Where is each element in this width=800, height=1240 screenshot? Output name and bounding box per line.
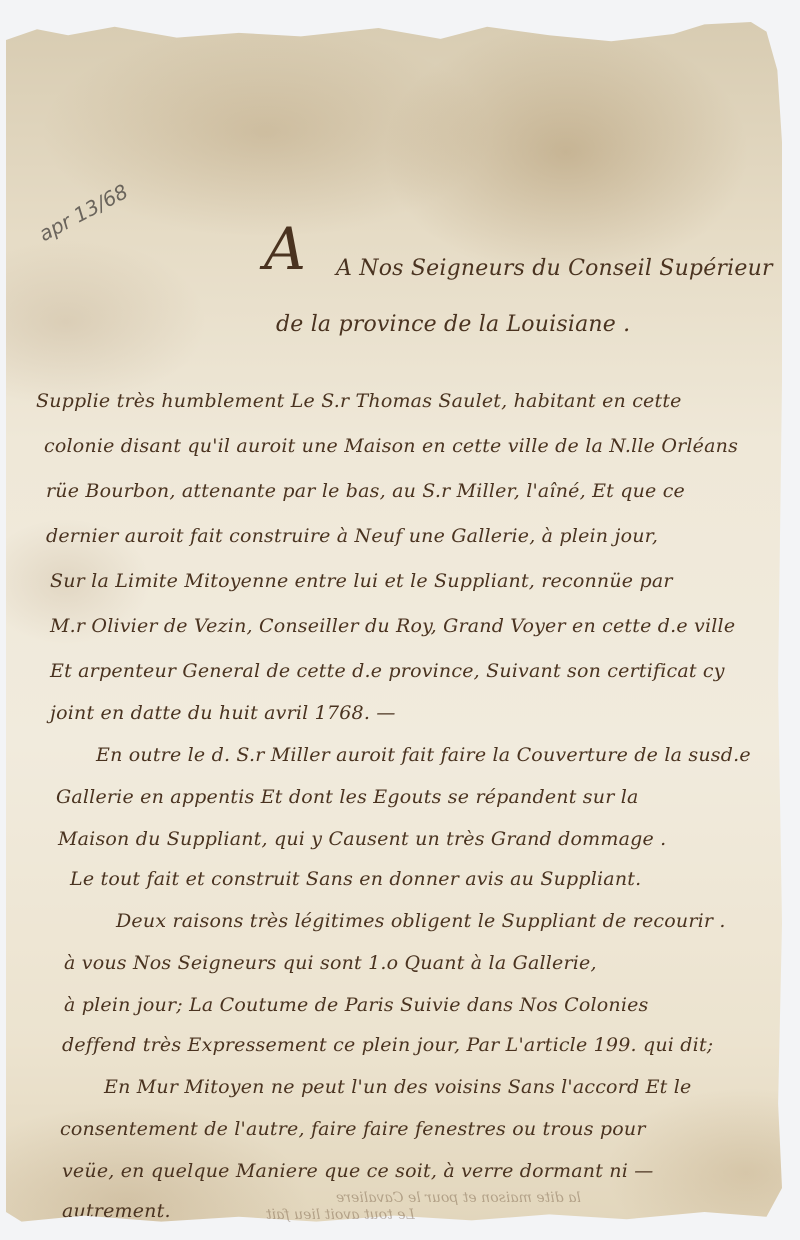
heading-line-1: A Nos Seigneurs du Conseil Supérieur [336,256,773,281]
manuscript-page: apr 13/68 A A Nos Seigneurs du Conseil S… [6,22,782,1224]
body-line: dernier auroit fait construire à Neuf un… [46,525,658,547]
body-line: Maison du Suppliant, qui y Causent un tr… [58,828,666,850]
body-line: Supplie très humblement Le S.r Thomas Sa… [36,390,682,412]
body-line: Le tout fait et construit Sans en donner… [70,868,641,890]
heading-line-2: de la province de la Louisiane . [276,312,630,337]
body-line: Deux raisons très légitimes obligent le … [116,910,726,932]
body-line: deffend très Expressement ce plein jour,… [62,1034,713,1056]
salutation-initial: A [264,220,306,278]
body-line: En Mur Mitoyen ne peut l'un des voisins … [104,1076,691,1098]
body-line: autrement. [62,1200,171,1222]
body-line: Et arpenteur General de cette d.e provin… [50,660,725,682]
body-line: rüe Bourbon, attenante par le bas, au S.… [46,480,685,502]
body-line: Sur la Limite Mitoyenne entre lui et le … [50,570,673,592]
body-line: Gallerie en appentis Et dont les Egouts … [56,786,639,808]
body-line: veüe, en quelque Maniere que ce soit, à … [62,1160,653,1182]
body-line: consentement de l'autre, faire faire fen… [60,1118,646,1140]
body-line: à vous Nos Seigneurs qui sont 1.o Quant … [64,952,597,974]
archival-margin-note: apr 13/68 [35,179,132,246]
body-line: joint en datte du huit avril 1768. — [50,702,396,724]
body-line: En outre le d. S.r Miller auroit fait fa… [96,744,751,766]
body-line: à plein jour; La Coutume de Paris Suivie… [64,994,649,1016]
body-line: colonie disant qu'il auroit une Maison e… [44,435,738,457]
body-line: M.r Olivier de Vezin, Conseiller du Roy,… [50,615,735,637]
